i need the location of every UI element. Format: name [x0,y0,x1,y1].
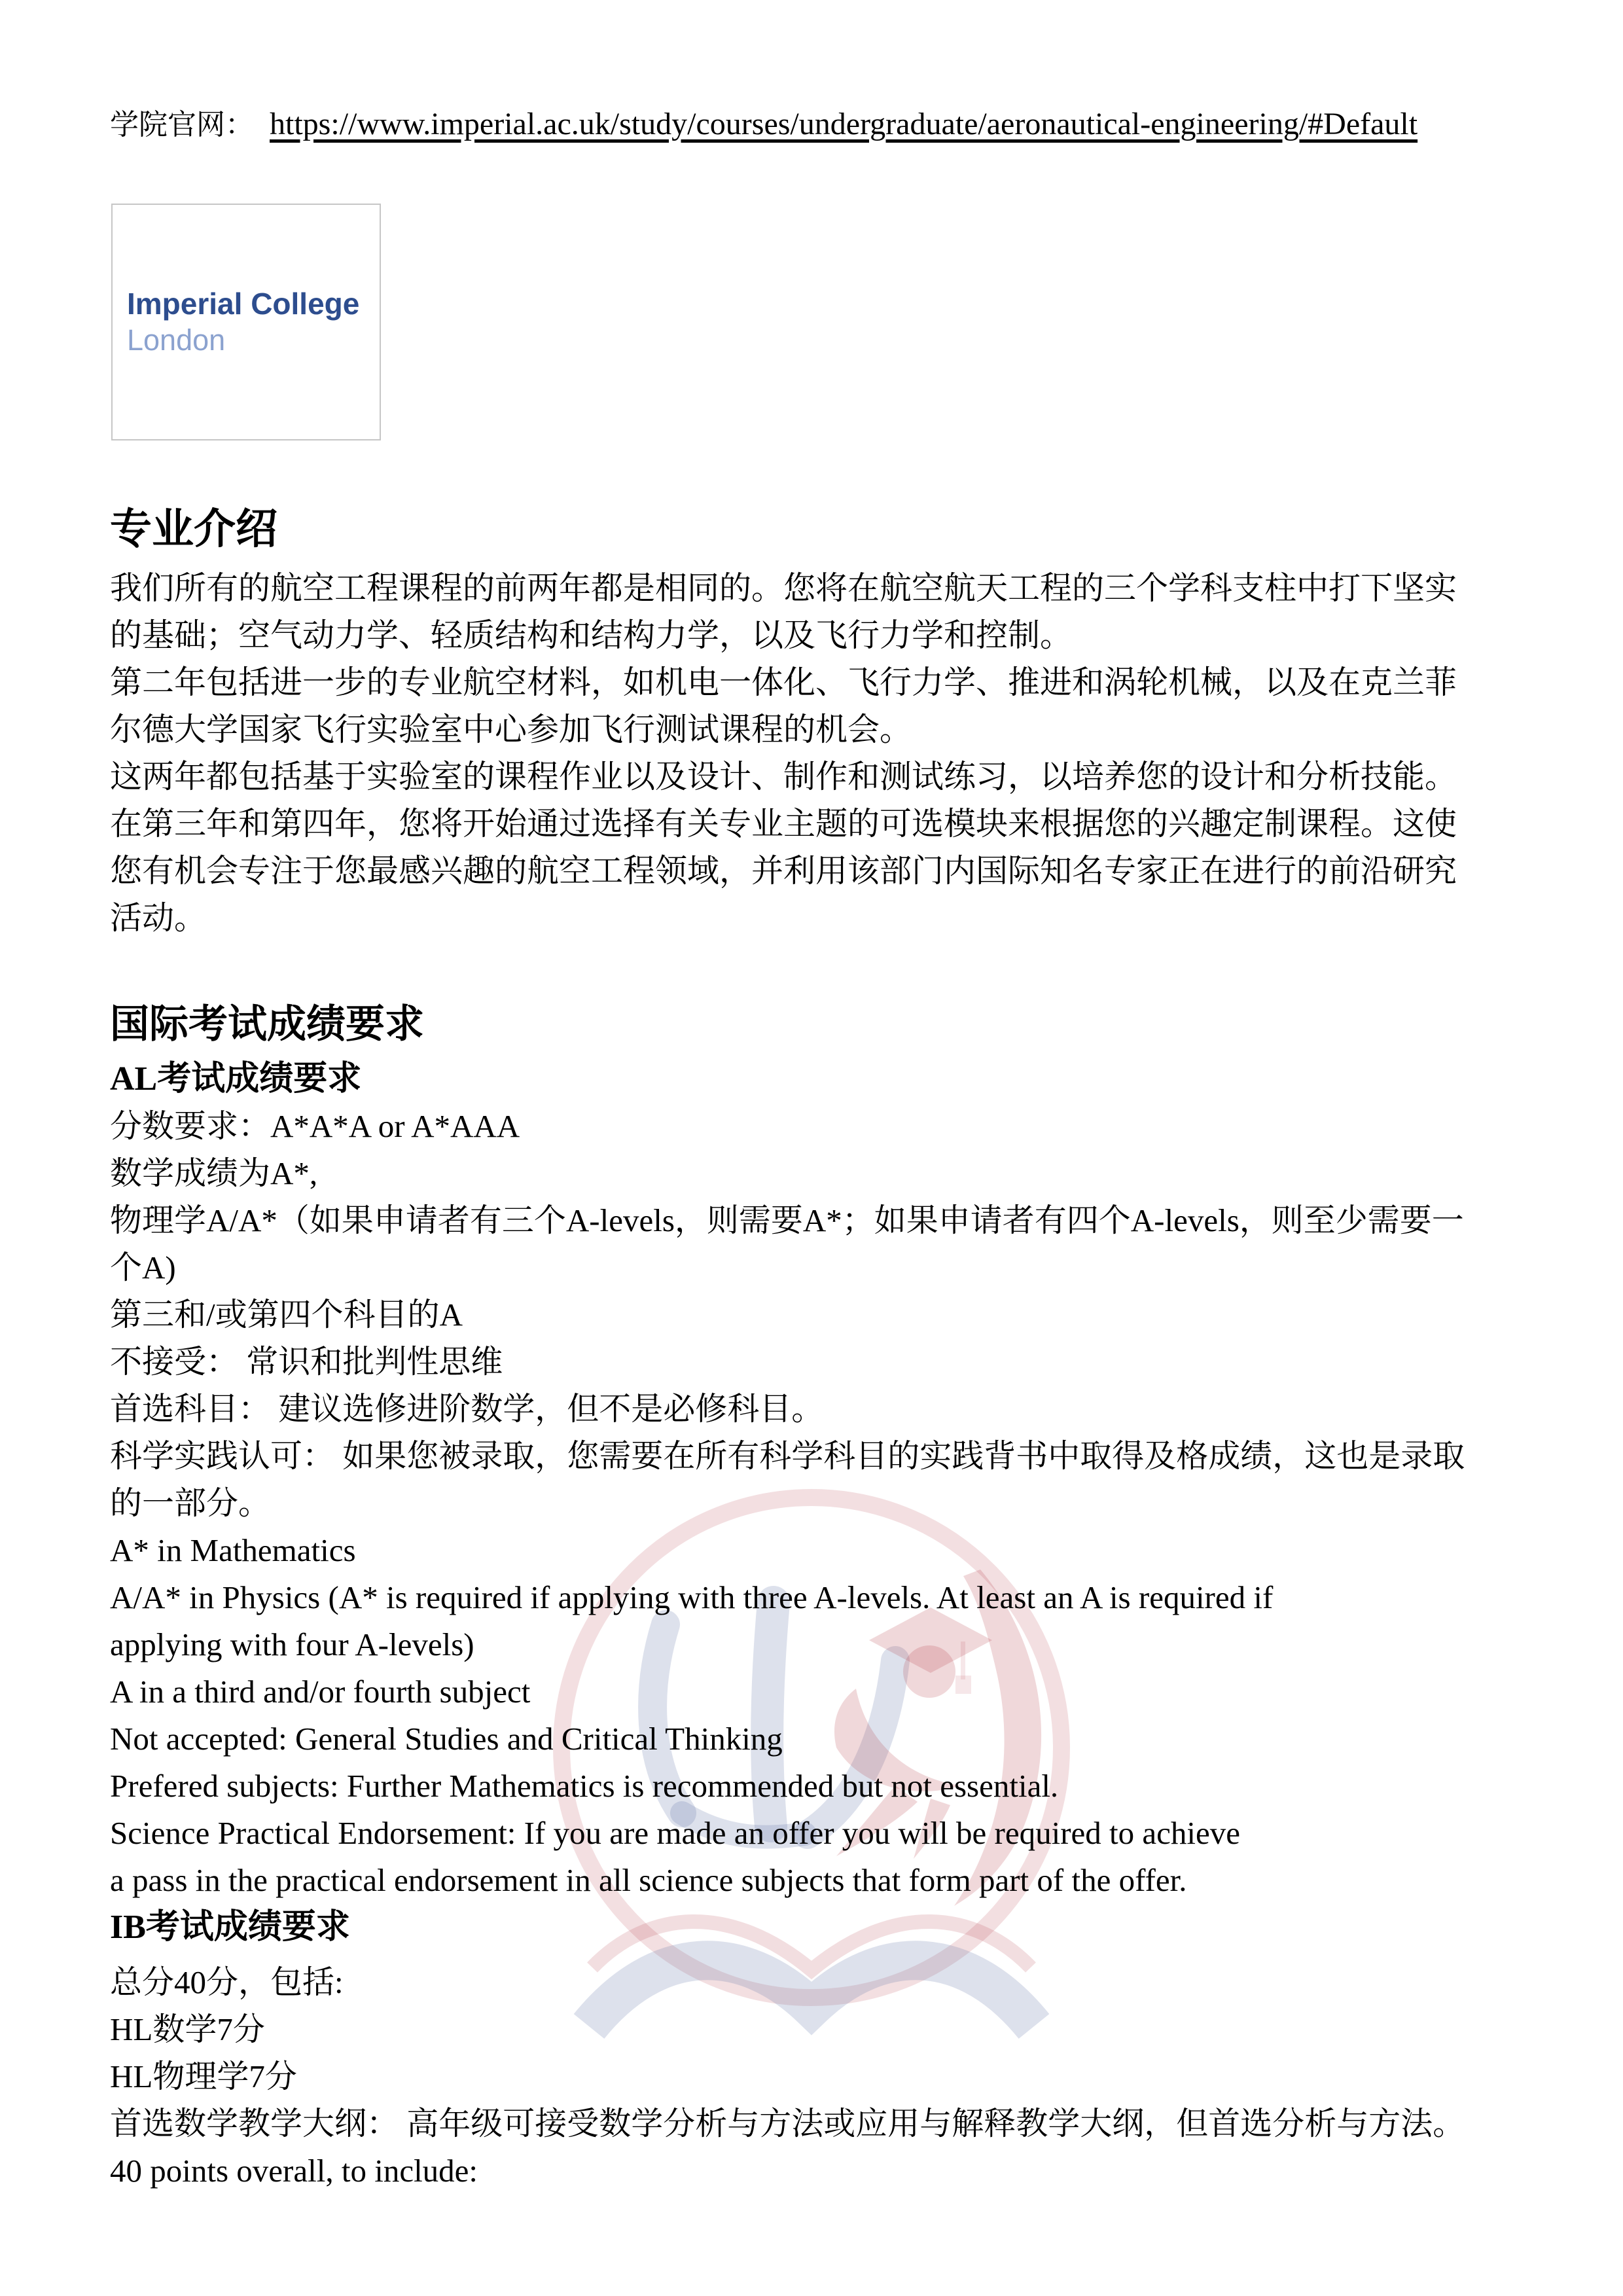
text-line: 首选科目： 建议选修进阶数学，但不是必修科目。 [110,1386,1518,1433]
text-line: a pass in the practical endorsement in a… [110,1857,1518,1904]
text-line: 科学实践认可： 如果您被录取，您需要在所有科学科目的实践背书中取得及格成绩，这也… [110,1433,1518,1480]
text-line: 首选数学教学大纲： 高年级可接受数学分析与方法或应用与解释教学大纲，但首选分析与… [110,2100,1518,2147]
intro-heading: 专业介绍 [110,503,1518,556]
imperial-college-logo: Imperial College London [111,204,381,440]
text-line: Not accepted: General Studies and Critic… [110,1715,1518,1763]
text-line: 总分40分，包括: [110,1959,1518,2006]
document-page: 学院官网： https://www.imperial.ac.uk/study/c… [0,0,1623,2296]
text-line: 活动。 [110,895,1518,942]
text-line: 的基础；空气动力学、轻质结构和结构力学，以及飞行力学和控制。 [110,612,1518,659]
text-line: Science Practical Endorsement: If you ar… [110,1810,1518,1857]
text-line: A in a third and/or fourth subject [110,1668,1518,1715]
website-label: 学院官网： [110,105,254,145]
text-line: 个A) [110,1244,1518,1291]
text-line: 40 points overall, to include: [110,2147,1518,2195]
text-line: 您有机会专注于您最感兴趣的航空工程领域，并利用该部门内国际知名专家正在进行的前沿… [110,848,1518,895]
text-line: 这两年都包括基于实验室的课程作业以及设计、制作和测试练习，以培养您的设计和分析技… [110,753,1518,800]
requirements-heading: 国际考试成绩要求 [110,998,1518,1050]
text-line: 数学成绩为A*, [110,1150,1518,1197]
al-requirement-lines: 分数要求：A*A*A or A*AAA 数学成绩为A*, 物理学A/A*（如果申… [110,1103,1518,1904]
text-line: 不接受： 常识和批判性思维 [110,1338,1518,1386]
ib-requirement-lines: 总分40分，包括: HL数学7分 HL物理学7分 首选数学教学大纲： 高年级可接… [110,1959,1518,2195]
ib-subheading: IB考试成绩要求 [110,1904,1518,1951]
text-line: HL物理学7分 [110,2053,1518,2100]
website-row: 学院官网： https://www.imperial.ac.uk/study/c… [110,0,1518,145]
text-line: 我们所有的航空工程课程的前两年都是相同的。您将在航空航天工程的三个学科支柱中打下… [110,565,1518,612]
text-line: 物理学A/A*（如果申请者有三个A-levels，则需要A*；如果申请者有四个A… [110,1197,1518,1244]
text-line: 在第三年和第四年，您将开始通过选择有关专业主题的可选模块来根据您的兴趣定制课程。… [110,800,1518,848]
intro-paragraphs: 我们所有的航空工程课程的前两年都是相同的。您将在航空航天工程的三个学科支柱中打下… [110,565,1518,942]
text-line: applying with four A-levels) [110,1621,1518,1668]
logo-line2: London [127,323,380,357]
text-line: A* in Mathematics [110,1527,1518,1574]
text-line: 分数要求：A*A*A or A*AAA [110,1103,1518,1150]
website-link[interactable]: https://www.imperial.ac.uk/study/courses… [270,105,1418,144]
al-subheading: AL考试成绩要求 [110,1056,1518,1103]
text-line: 的一部分。 [110,1480,1518,1527]
text-line: Prefered subjects: Further Mathematics i… [110,1763,1518,1810]
content-column: 学院官网： https://www.imperial.ac.uk/study/c… [0,0,1623,2195]
logo-line1: Imperial College [127,287,380,321]
text-line: 尔德大学国家飞行实验室中心参加飞行测试课程的机会。 [110,706,1518,753]
text-line: 第三和/或第四个科目的A [110,1291,1518,1338]
text-line: HL数学7分 [110,2006,1518,2053]
text-line: 第二年包括进一步的专业航空材料，如机电一体化、飞行力学、推进和涡轮机械，以及在克… [110,659,1518,706]
text-line: A/A* in Physics (A* is required if apply… [110,1574,1518,1621]
